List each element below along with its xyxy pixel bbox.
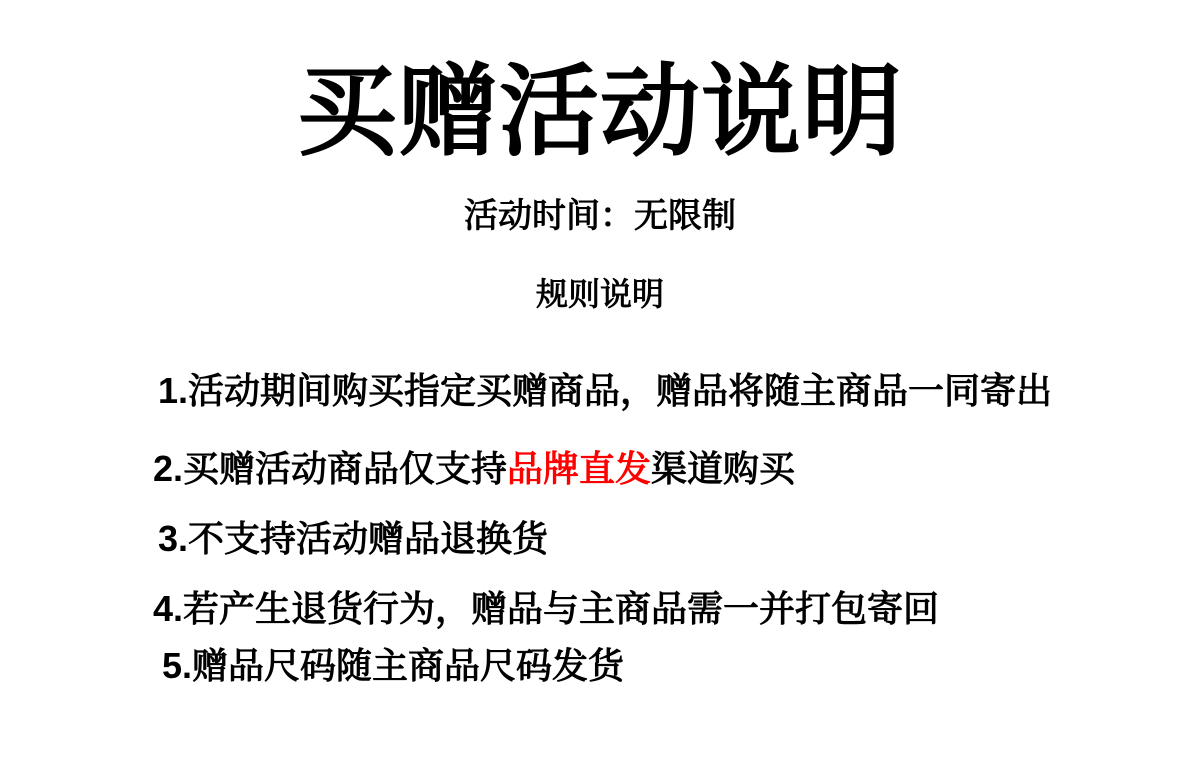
activity-time-text: 活动时间：无限制 xyxy=(0,188,1200,237)
rule-item-1: 1.活动期间购买指定买赠商品，赠品将随主商品一同寄出 xyxy=(153,373,1200,409)
rules-heading: 规则说明 xyxy=(0,269,1200,315)
rule-item-2-prefix: 2.买赠活动商品仅支持 xyxy=(153,448,507,489)
rule-item-2-suffix: 渠道购买 xyxy=(651,448,795,489)
page-title: 买赠活动说明 xyxy=(0,0,1200,172)
rule-item-5: 5.赠品尺码随主商品尺码发货 xyxy=(153,648,1200,684)
rule-item-4: 4.若产生退货行为，赠品与主商品需一并打包寄回 xyxy=(153,591,1200,627)
rule-item-3: 3.不支持活动赠品退换货 xyxy=(153,521,1200,557)
rule-item-2-highlight: 品牌直发 xyxy=(507,448,651,489)
promo-page: 买赠活动说明 活动时间：无限制 规则说明 1.活动期间购买指定买赠商品，赠品将随… xyxy=(0,0,1200,768)
rules-list: 1.活动期间购买指定买赠商品，赠品将随主商品一同寄出 2.买赠活动商品仅支持品牌… xyxy=(153,373,1200,684)
rule-item-2: 2.买赠活动商品仅支持品牌直发渠道购买 xyxy=(153,451,1200,487)
